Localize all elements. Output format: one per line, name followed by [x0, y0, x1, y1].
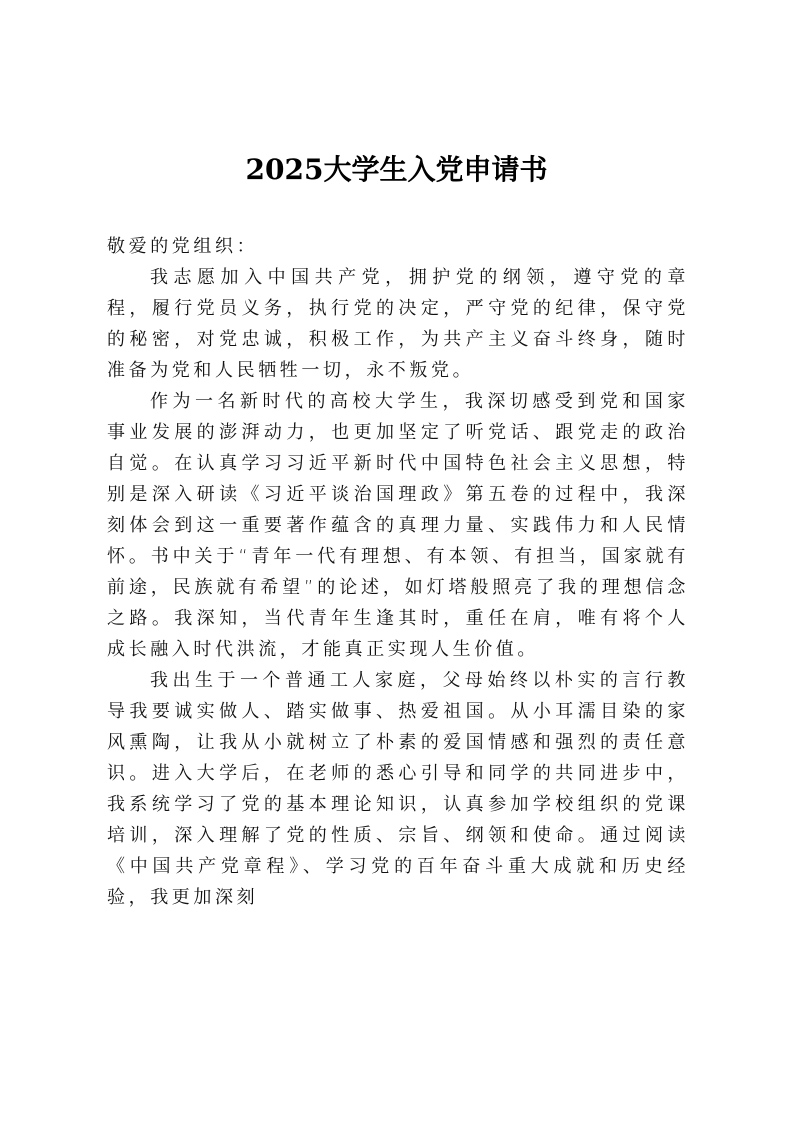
document-body: 敬爱的党组织： 我志愿加入中国共产党，拥护党的纲领，遵守党的章程，履行党员义务，… [107, 231, 689, 913]
salutation: 敬爱的党组织： [107, 231, 689, 262]
paragraph-background: 我出生于一个普通工人家庭，父母始终以朴实的言行教导我要诚实做人、踏实做事、热爱祖… [107, 665, 689, 913]
document-title: 2025大学生入党申请书 [0, 150, 793, 190]
paragraph-pledge: 我志愿加入中国共产党，拥护党的纲领，遵守党的章程，履行党员义务，执行党的决定，严… [107, 262, 689, 386]
paragraph-motivation: 作为一名新时代的高校大学生，我深切感受到党和国家事业发展的澎湃动力，也更加坚定了… [107, 386, 689, 665]
document-page: 2025大学生入党申请书 敬爱的党组织： 我志愿加入中国共产党，拥护党的纲领，遵… [0, 0, 793, 1122]
